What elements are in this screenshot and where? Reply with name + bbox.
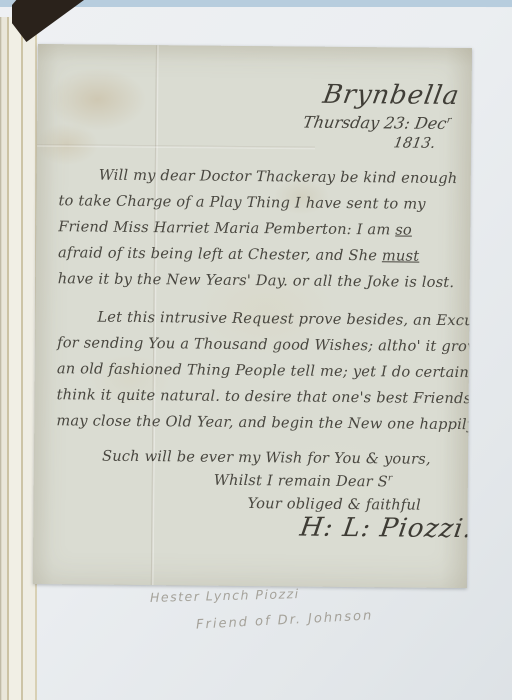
underlined-word: must — [382, 247, 420, 264]
letter-line: Let this intrusive Request prove besides… — [57, 304, 461, 334]
letter-paragraph-2: Let this intrusive Request prove besides… — [56, 304, 461, 438]
letter-line: have it by the New Years' Day. or all th… — [58, 266, 462, 296]
letter-line: think it quite natural. to desire that o… — [57, 382, 461, 412]
signature: H: L: Piozzi. — [297, 517, 462, 552]
letter-closing: Such will be ever my Wish for You & your… — [55, 444, 460, 552]
date-superscript: r — [446, 116, 452, 126]
letter-date: Thursday 23: Decr — [301, 111, 456, 135]
closing-superscript: r — [388, 474, 393, 484]
letter-line: for sending You a Thousand good Wishes; … — [57, 330, 461, 360]
letter-line: Friend Miss Harriet Maria Pemberton: I a… — [58, 214, 462, 244]
letter-line: to take Charge of a Play Thing I have se… — [58, 188, 462, 218]
letter-line: afraid of its being left at Chester, and… — [58, 240, 462, 270]
fold-crease-horizontal — [37, 144, 315, 150]
photo-of-album-page: { "letter": { "heading": { "place": "Bry… — [0, 0, 512, 700]
letter-line: Will my dear Doctor Thackeray be kind en… — [59, 162, 463, 192]
backdrop-corner — [486, 0, 512, 8]
letter-line: an old fashioned Thing People tell me; y… — [57, 356, 461, 386]
closing-line: Whilst I remain Dear Sr — [214, 469, 460, 494]
letter-place: Brynbella — [305, 79, 462, 112]
letter-paragraph-1: Will my dear Doctor Thackeray be kind en… — [58, 162, 463, 296]
letter-line: may close the Old Year, and begin the Ne… — [56, 408, 460, 438]
letter-heading: Brynbella Thursday 23: Decr 1813. — [298, 79, 462, 154]
letter-year: 1813. — [298, 134, 453, 154]
underlined-word: so — [395, 221, 412, 238]
closing-line: Such will be ever my Wish for You & your… — [102, 445, 460, 471]
letter-paper: Brynbella Thursday 23: Decr 1813. Will m… — [33, 44, 472, 588]
letter-body: Will my dear Doctor Thackeray be kind en… — [55, 162, 463, 552]
